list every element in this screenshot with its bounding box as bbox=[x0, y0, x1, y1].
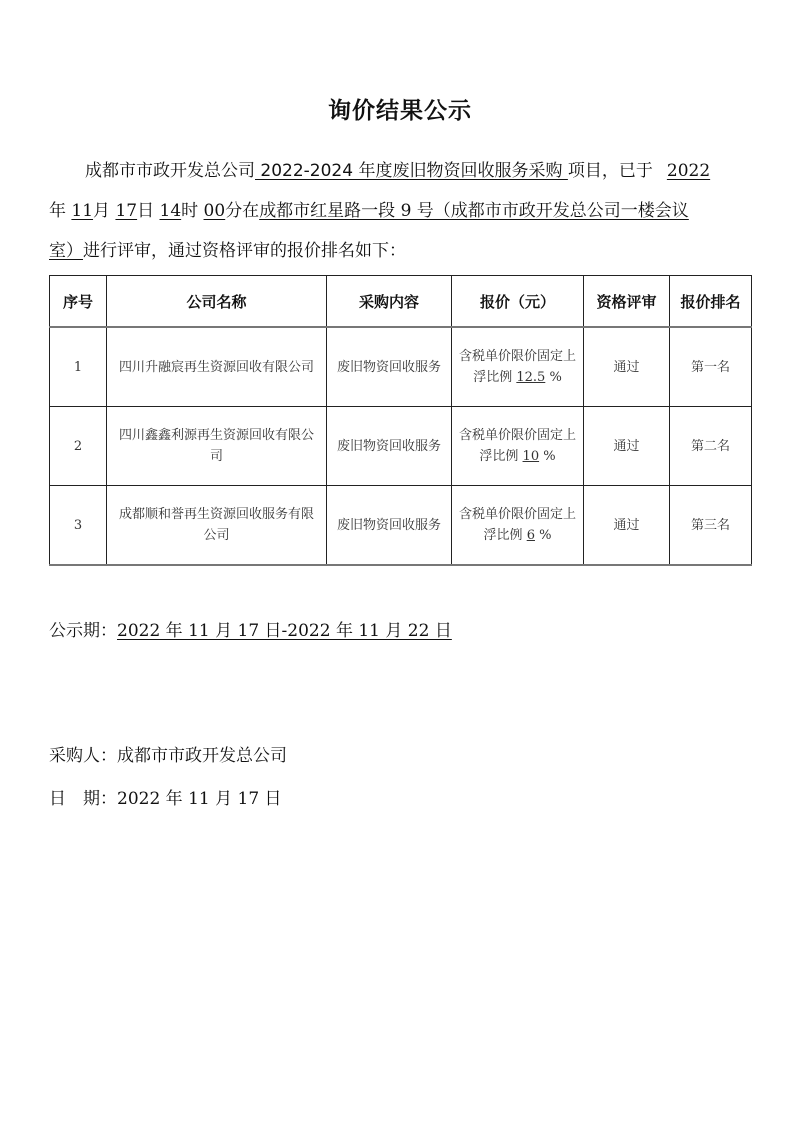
header-qualification: 资格评审 bbox=[584, 276, 670, 328]
cell-qualification: 通过 bbox=[584, 407, 670, 486]
cell-index: 3 bbox=[50, 486, 107, 566]
cell-index: 1 bbox=[50, 327, 107, 407]
cell-qualification: 通过 bbox=[584, 327, 670, 407]
intro-suffix: 进行评审，通过资格评审的报价排名如下： bbox=[83, 241, 406, 261]
date-label: 日 期： bbox=[49, 789, 117, 809]
text-hour-unit: 时 bbox=[181, 201, 198, 221]
intro-prefix: 成都市市政开发总公司 bbox=[85, 161, 255, 181]
text-day-unit: 日 bbox=[137, 201, 154, 221]
header-content: 采购内容 bbox=[327, 276, 452, 328]
cell-quote: 含税单价限价固定上浮比例 10 % bbox=[452, 407, 584, 486]
header-quote: 报价（元） bbox=[452, 276, 584, 328]
header-index: 序号 bbox=[50, 276, 107, 328]
publicity-period: 公示期：2022 年 11 月 17 日-2022 年 11 月 22 日 bbox=[49, 616, 452, 641]
document-date: 日 期：2022 年 11 月 17 日 bbox=[49, 784, 282, 809]
purchaser-value: 成都市市政开发总公司 bbox=[117, 746, 287, 766]
review-year: 2022 bbox=[667, 161, 710, 181]
table-row: 2 四川鑫鑫利源再生资源回收有限公司 废旧物资回收服务 含税单价限价固定上浮比例… bbox=[50, 407, 752, 486]
intro-line-3: 室）进行评审，通过资格评审的报价排名如下： bbox=[49, 231, 751, 271]
cell-content: 废旧物资回收服务 bbox=[327, 327, 452, 407]
cell-rank: 第三名 bbox=[670, 486, 752, 566]
date-value: 2022 年 11 月 17 日 bbox=[117, 789, 282, 809]
header-rank: 报价排名 bbox=[670, 276, 752, 328]
publicity-label: 公示期： bbox=[49, 621, 117, 641]
quote-unit: % bbox=[539, 528, 551, 543]
document-title: 询价结果公示 bbox=[0, 92, 800, 125]
cell-company: 四川升融宸再生资源回收有限公司 bbox=[107, 327, 327, 407]
intro-middle: 项目，已于 bbox=[568, 161, 653, 181]
cell-content: 废旧物资回收服务 bbox=[327, 486, 452, 566]
cell-company: 四川鑫鑫利源再生资源回收有限公司 bbox=[107, 407, 327, 486]
cell-content: 废旧物资回收服务 bbox=[327, 407, 452, 486]
review-month: 11 bbox=[71, 201, 93, 221]
intro-line-1: 成都市市政开发总公司 2022-2024 年度废旧物资回收服务采购 项目，已于2… bbox=[49, 151, 751, 191]
table-row: 3 成都顺和誉再生资源回收服务有限公司 废旧物资回收服务 含税单价限价固定上浮比… bbox=[50, 486, 752, 566]
project-name: 2022-2024 年度废旧物资回收服务采购 bbox=[255, 161, 568, 181]
cell-qualification: 通过 bbox=[584, 486, 670, 566]
intro-line-2: 年 11月 17日 14时 00分在成都市红星路一段 9 号（成都市市政开发总公… bbox=[49, 191, 751, 231]
quote-value: 12.5 bbox=[516, 370, 545, 385]
text-month-unit: 月 bbox=[93, 201, 110, 221]
review-location-part2: 室） bbox=[49, 241, 83, 261]
cell-company: 成都顺和誉再生资源回收服务有限公司 bbox=[107, 486, 327, 566]
purchaser-label: 采购人： bbox=[49, 746, 117, 766]
quote-unit: % bbox=[549, 370, 561, 385]
quote-prefix: 含税单价限价固定上浮比例 bbox=[459, 507, 576, 543]
table-row: 1 四川升融宸再生资源回收有限公司 废旧物资回收服务 含税单价限价固定上浮比例 … bbox=[50, 327, 752, 407]
review-day: 17 bbox=[115, 201, 137, 221]
quote-prefix: 含税单价限价固定上浮比例 bbox=[459, 428, 576, 464]
review-hour: 14 bbox=[160, 201, 182, 221]
review-minute: 00 bbox=[204, 201, 226, 221]
cell-quote: 含税单价限价固定上浮比例 6 % bbox=[452, 486, 584, 566]
cell-index: 2 bbox=[50, 407, 107, 486]
intro-paragraph: 成都市市政开发总公司 2022-2024 年度废旧物资回收服务采购 项目，已于2… bbox=[49, 151, 751, 271]
text-minute-unit: 分在 bbox=[225, 201, 259, 221]
cell-quote: 含税单价限价固定上浮比例 12.5 % bbox=[452, 327, 584, 407]
quote-value: 10 bbox=[523, 449, 540, 464]
review-location-part1: 成都市红星路一段 9 号（成都市市政开发总公司一楼会议 bbox=[259, 201, 689, 221]
results-table: 序号 公司名称 采购内容 报价（元） 资格评审 报价排名 1 四川升融宸再生资源… bbox=[49, 275, 752, 566]
header-company: 公司名称 bbox=[107, 276, 327, 328]
table-header-row: 序号 公司名称 采购内容 报价（元） 资格评审 报价排名 bbox=[50, 276, 752, 328]
text-year-unit: 年 bbox=[49, 201, 66, 221]
publicity-value: 2022 年 11 月 17 日-2022 年 11 月 22 日 bbox=[117, 621, 452, 641]
cell-rank: 第一名 bbox=[670, 327, 752, 407]
quote-unit: % bbox=[543, 449, 555, 464]
quote-value: 6 bbox=[527, 528, 535, 543]
purchaser: 采购人：成都市市政开发总公司 bbox=[49, 741, 287, 766]
cell-rank: 第二名 bbox=[670, 407, 752, 486]
